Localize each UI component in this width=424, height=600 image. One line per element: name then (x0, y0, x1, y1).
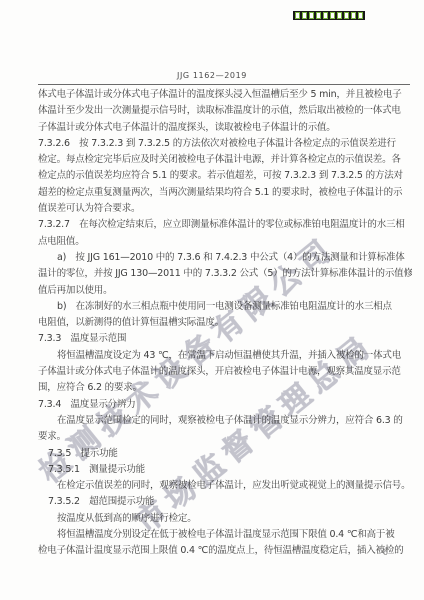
text-line: 体温计至少发出一次测量提示信号时，读取标准温度计的示值，然后取出被检的一体式电 (38, 103, 412, 119)
text-line: 电阻值，以新测得的值计算恒温槽实际温度。 (38, 315, 412, 331)
color-bar-cell (351, 12, 356, 19)
color-bar-cell (309, 12, 314, 19)
text-line: 7.3.5.1 测量提示功能 (38, 462, 412, 478)
header-doc-number: JJG 1162—2019 (0, 71, 424, 80)
color-bar-cell (344, 12, 349, 19)
text-line: 7.3.2.7 在每次检定结束后，应立即测量标准体温计的零位或标准铂电阻温度计的… (38, 217, 412, 233)
text-line: 7.3.5.2 超范围提示功能 (38, 494, 412, 510)
text-line: 检电子体温计温度显示范围上限值 0.4 ℃的温度点上，待恒温槽温度稳定后，插入被… (38, 543, 412, 559)
text-line: 围，应符合 6.2 的要求。 (38, 380, 412, 396)
color-bar-cell (295, 12, 300, 19)
color-bar-cell (302, 12, 307, 19)
text-line: 要求。 (38, 429, 412, 445)
color-bar-cell (330, 12, 335, 19)
page-number: 6 (383, 548, 388, 558)
text-line: 检定点的示值误差均应符合 5.1 的要求。若示值超差，可按 7.3.2.3 到 … (38, 168, 412, 184)
text-line: 体式电子体温计或分体式电子体温计的温度探头浸入恒温槽后至少 5 min，并且被检… (38, 87, 412, 103)
text-line: 在检定示值误差的同时，观察被检电子体温计，应发出听觉或视觉上的测量提示信号。 (38, 478, 412, 494)
color-bar-cell (323, 12, 328, 19)
text-line: 按温度从低到高的顺序进行检定。 (38, 511, 412, 527)
text-line: 在温度显示范围检定的同时，观察被检电子体温计的温度显示分辨力，应符合 6.3 的 (38, 413, 412, 429)
text-line: 7.3.3 温度显示范围 (38, 331, 412, 347)
color-bar-cell (337, 12, 342, 19)
color-bar-cell (358, 12, 363, 19)
text-line: a) 按 JJG 161—2010 中的 7.3.6 和 7.4.2.3 中公式… (38, 250, 412, 266)
text-line: 7.3.4 温度显示分辨力 (38, 397, 412, 413)
text-line: 子体温计或分体式电子体温计的温度探头，读取被检电子体温计的示值。 (38, 120, 412, 136)
text-line: 检定。每点检定完毕后应及时关闭被检电子体温计电源，并计算各检定点的示值误差。各 (38, 152, 412, 168)
color-bar-cell (316, 12, 321, 19)
text-line: 温计的零位，并按 JJG 130—2011 中的 7.3.3.2 公式（5）的方… (38, 266, 412, 282)
text-line: 7.3.2.6 按 7.3.2.3 到 7.3.2.5 的方法依次对被检电子体温… (38, 136, 412, 152)
text-line: 将恒温槽温度分别设定在低于被检电子体温计温度显示范围下限值 0.4 ℃和高于被 (38, 527, 412, 543)
text-line: 值误差可认为符合要求。 (38, 201, 412, 217)
color-calibration-bar (293, 11, 365, 20)
text-line: 将恒温槽温度设定为 43 ℃，在常温下启动恒温槽使其升温，并插入被检的一体式电 (38, 348, 412, 364)
text-line: b) 在冻制好的水三相点瓶中使用同一电测设备测量标准铂电阻温度计的水三相点 (38, 299, 412, 315)
text-line: 点电阻值。 (38, 234, 412, 250)
text-line: 子体温计或分体式电子体温计的温度探头，开启被检电子体温计电源，观察其温度显示范 (38, 364, 412, 380)
text-line: 值后再加以使用。 (38, 283, 412, 299)
text-line: 超差的检定点重复测量两次，当两次测量结果均符合 5.1 的要求时，被检电子体温计… (38, 185, 412, 201)
text-block: 体式电子体温计或分体式电子体温计的温度探头浸入恒温槽后至少 5 min，并且被检… (38, 87, 412, 560)
text-line: 7.3.5 提示功能 (38, 446, 412, 462)
header-rule (38, 84, 410, 85)
scanned-document-page: JJG 1162—2019 检测技术设备有限公司 市场监督管理总局 体式电子体温… (0, 0, 424, 600)
